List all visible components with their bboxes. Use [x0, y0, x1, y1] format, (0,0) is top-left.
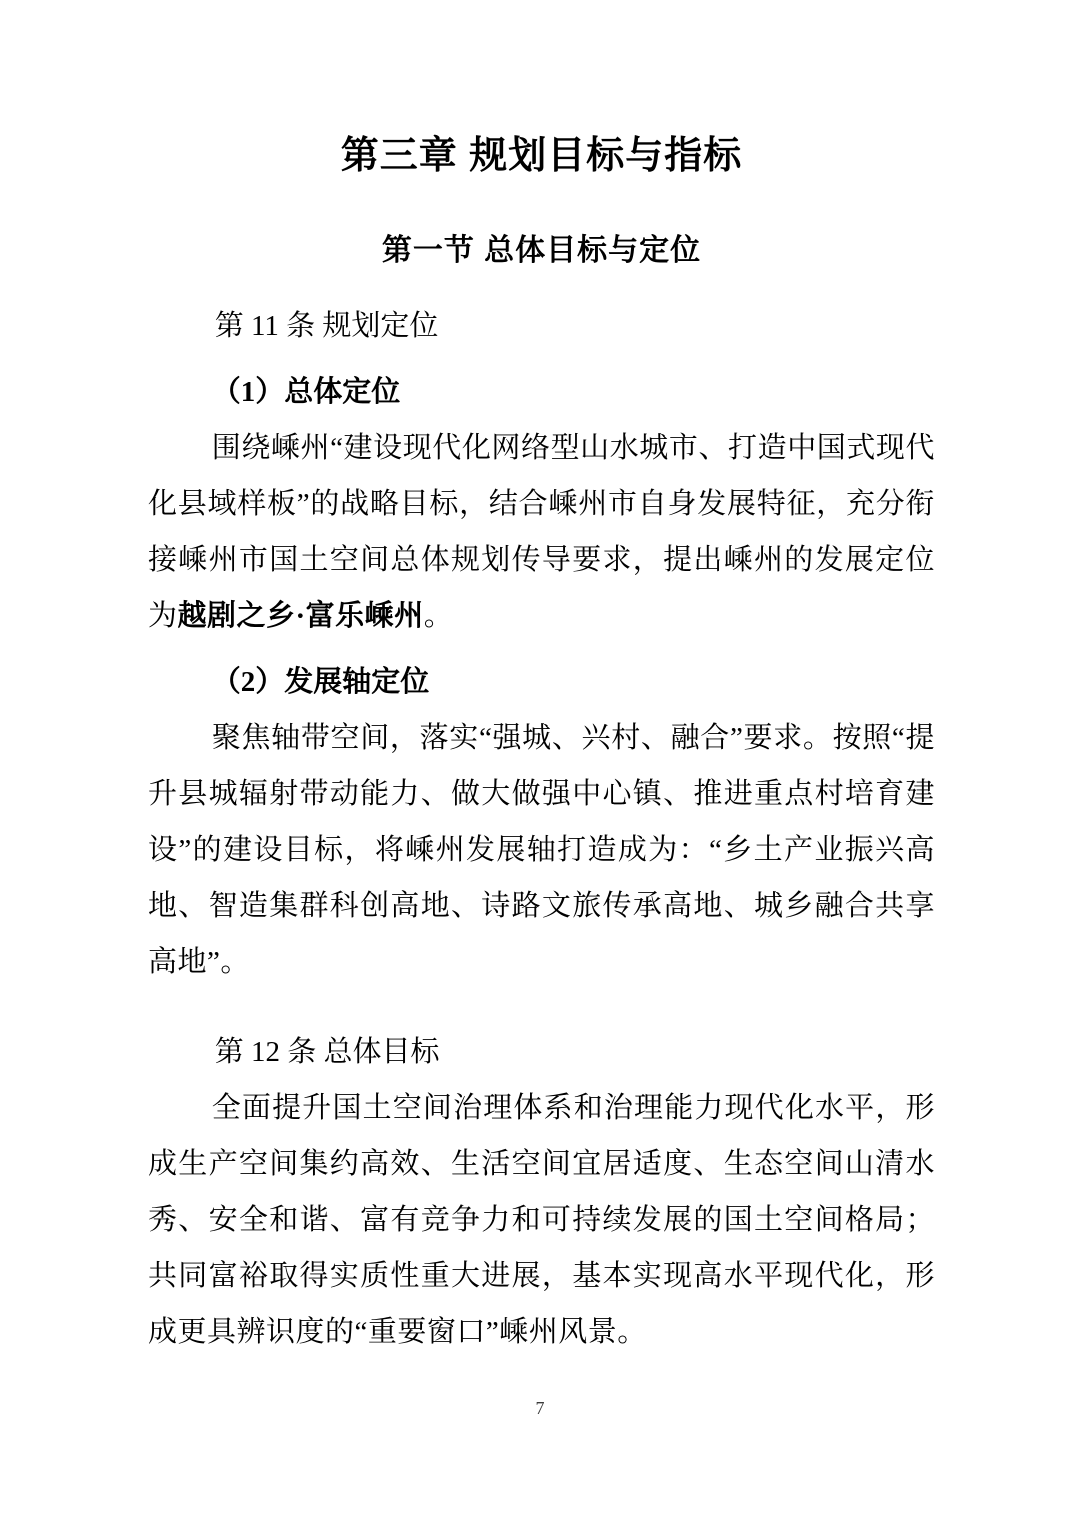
subheading: （2）发展轴定位: [148, 654, 935, 710]
paragraph: 聚焦轴带空间，落实“强城、兴村、融合”要求。按照“提升县城辐射带动能力、做大做强…: [148, 710, 935, 990]
paragraph: 全面提升国土空间治理体系和治理能力现代化水平，形成生产空间集约高效、生活空间宜居…: [148, 1080, 935, 1360]
article: 第 11 条 规划定位（1）总体定位围绕嵊州“建设现代化网络型山水城市、打造中国…: [148, 298, 935, 990]
body-text: 全面提升国土空间治理体系和治理能力现代化水平，形成生产空间集约高效、生活空间宜居…: [148, 1092, 935, 1348]
section-title: 第一节 总体目标与定位: [148, 230, 935, 272]
body-text: 。: [424, 600, 454, 632]
article-heading: 第 11 条 规划定位: [148, 298, 935, 354]
page-number: 7: [536, 1398, 545, 1418]
document-body: 第 11 条 规划定位（1）总体定位围绕嵊州“建设现代化网络型山水城市、打造中国…: [148, 298, 935, 1360]
page-footer: 7: [0, 1398, 1080, 1419]
body-text: 聚焦轴带空间，落实“强城、兴村、融合”要求。按照“提升县城辐射带动能力、做大做强…: [148, 722, 935, 978]
paragraph: 围绕嵊州“建设现代化网络型山水城市、打造中国式现代化县域样板”的战略目标，结合嵊…: [148, 420, 935, 644]
chapter-title: 第三章 规划目标与指标: [148, 0, 935, 184]
emphasis-text: 越剧之乡·富乐嵊州: [178, 600, 424, 632]
document-page: 第三章 规划目标与指标 第一节 总体目标与定位 第 11 条 规划定位（1）总体…: [0, 0, 1080, 1527]
article: 第 12 条 总体目标全面提升国土空间治理体系和治理能力现代化水平，形成生产空间…: [148, 1024, 935, 1360]
article-heading: 第 12 条 总体目标: [148, 1024, 935, 1080]
subheading: （1）总体定位: [148, 364, 935, 420]
